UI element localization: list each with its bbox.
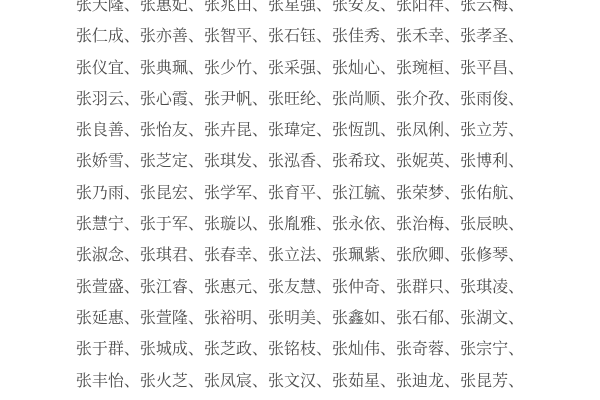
name-separator: 、 [508,0,524,14]
person-name: 张希玟 [332,153,380,170]
name-separator: 、 [444,216,460,233]
person-name: 张石郁 [396,310,444,327]
name-separator: 、 [252,247,268,264]
page: 张天隆、张惠妃、张兆田、张星强、张安友、张阳祥、张云梅、张仁成、张亦善、张智平、… [0,0,600,400]
name-separator: 、 [124,153,140,170]
person-name: 张惠妃 [140,0,188,14]
name-separator: 、 [316,279,332,296]
person-name: 张旺纶 [268,91,316,108]
name-separator: 、 [188,373,204,390]
person-name: 张荣梦 [396,185,444,202]
name-separator: 、 [124,247,140,264]
person-name: 张惠元 [204,279,252,296]
person-name: 张佑航 [460,185,508,202]
name-row: 张仁成、张亦善、张智平、张石钰、张佳秀、张禾幸、张孝圣、 [0,21,600,52]
person-name: 张丰怡 [76,373,124,390]
name-separator: 、 [188,91,204,108]
name-separator: 、 [252,28,268,45]
name-separator: 、 [252,60,268,77]
person-name: 张仁成 [76,28,124,45]
person-name: 张石钰 [268,28,316,45]
person-name: 张恆凯 [332,122,380,139]
name-separator: 、 [316,153,332,170]
person-name: 张娇雪 [76,153,124,170]
person-name: 张雨俊 [460,91,508,108]
person-name: 张典珮 [140,60,188,77]
person-name: 张江睿 [140,279,188,296]
name-separator: 、 [316,28,332,45]
name-separator: 、 [444,341,460,358]
person-name: 张城成 [140,341,188,358]
person-name: 张淑念 [76,247,124,264]
name-separator: 、 [508,310,524,327]
person-name: 张延惠 [76,310,124,327]
name-separator: 、 [124,91,140,108]
person-name: 张怡友 [140,122,188,139]
name-separator: 、 [188,216,204,233]
name-separator: 、 [124,122,140,139]
person-name: 张凤俐 [396,122,444,139]
person-name: 张星强 [268,0,316,14]
name-separator: 、 [508,216,524,233]
name-separator: 、 [316,247,332,264]
person-name: 张江毓 [332,185,380,202]
name-separator: 、 [252,185,268,202]
name-separator: 、 [252,91,268,108]
person-name: 张云梅 [460,0,508,14]
name-separator: 、 [508,247,524,264]
person-name: 张兆田 [204,0,252,14]
person-name: 张茹星 [332,373,380,390]
name-separator: 、 [316,185,332,202]
name-row: 张羽云、张心霞、张尹帆、张旺纶、张尚顺、张介孜、张雨俊、 [0,84,600,115]
person-name: 张介孜 [396,91,444,108]
name-separator: 、 [444,0,460,14]
name-separator: 、 [380,91,396,108]
person-name: 张于军 [140,216,188,233]
person-name: 张灿伟 [332,341,380,358]
person-name: 张灿心 [332,60,380,77]
person-name: 张芝定 [140,153,188,170]
name-row: 张仪宜、张典珮、张少竹、张采强、张灿心、张琬桓、张平昌、 [0,53,600,84]
person-name: 张安友 [332,0,380,14]
name-separator: 、 [252,310,268,327]
name-separator: 、 [508,279,524,296]
name-separator: 、 [380,247,396,264]
name-separator: 、 [380,153,396,170]
person-name: 张禾幸 [396,28,444,45]
name-separator: 、 [188,60,204,77]
name-separator: 、 [188,341,204,358]
person-name: 张奇蓉 [396,341,444,358]
person-name: 张慧宁 [76,216,124,233]
name-row: 张乃雨、张昆宏、张学军、张育平、张江毓、张荣梦、张佑航、 [0,178,600,209]
name-separator: 、 [380,310,396,327]
name-separator: 、 [188,185,204,202]
person-name: 张辰映 [460,216,508,233]
name-row: 张慧宁、张于军、张璇以、张胤雅、张永依、张治梅、张辰映、 [0,209,600,240]
name-separator: 、 [316,373,332,390]
name-separator: 、 [316,60,332,77]
person-name: 张湖文 [460,310,508,327]
name-separator: 、 [380,122,396,139]
name-separator: 、 [380,373,396,390]
name-separator: 、 [252,153,268,170]
person-name: 张尚顺 [332,91,380,108]
person-name: 张乃雨 [76,185,124,202]
name-separator: 、 [444,122,460,139]
name-separator: 、 [508,373,524,390]
name-separator: 、 [188,28,204,45]
name-separator: 、 [444,310,460,327]
person-name: 张凤宸 [204,373,252,390]
name-separator: 、 [444,153,460,170]
name-row: 张淑念、张琪君、张春幸、张立法、张珮紫、张欣卿、张修琴、 [0,240,600,271]
name-separator: 、 [444,373,460,390]
person-name: 张良善 [76,122,124,139]
person-name: 张琪发 [204,153,252,170]
person-name: 张群只 [396,279,444,296]
name-separator: 、 [188,122,204,139]
person-name: 张琬桓 [396,60,444,77]
name-separator: 、 [316,310,332,327]
name-row: 张天隆、张惠妃、张兆田、张星强、张安友、张阳祥、张云梅、 [0,0,600,21]
name-separator: 、 [124,60,140,77]
person-name: 张明美 [268,310,316,327]
name-separator: 、 [316,122,332,139]
person-name: 张羽云 [76,91,124,108]
name-separator: 、 [252,279,268,296]
name-separator: 、 [124,279,140,296]
name-separator: 、 [380,216,396,233]
name-separator: 、 [380,279,396,296]
person-name: 张平昌 [460,60,508,77]
name-separator: 、 [444,247,460,264]
person-name: 张昆宏 [140,185,188,202]
person-name: 张文汉 [268,373,316,390]
name-separator: 、 [444,91,460,108]
person-name: 张孝圣 [460,28,508,45]
person-name: 张昆芳 [460,373,508,390]
name-separator: 、 [444,279,460,296]
name-separator: 、 [316,91,332,108]
person-name: 张宗宁 [460,341,508,358]
person-name: 张育平 [268,185,316,202]
name-separator: 、 [444,28,460,45]
name-row: 张娇雪、张芝定、张琪发、张泓香、张希玟、张妮英、张博利、 [0,146,600,177]
name-separator: 、 [508,122,524,139]
person-name: 张采强 [268,60,316,77]
name-separator: 、 [508,185,524,202]
person-name: 张心霞 [140,91,188,108]
person-name: 张天隆 [76,0,124,14]
name-separator: 、 [380,185,396,202]
person-name: 张学军 [204,185,252,202]
name-separator: 、 [380,28,396,45]
person-name: 张琪君 [140,247,188,264]
person-name: 张永依 [332,216,380,233]
name-separator: 、 [380,341,396,358]
person-name: 张鑫如 [332,310,380,327]
name-separator: 、 [124,373,140,390]
person-name: 张芝政 [204,341,252,358]
name-separator: 、 [252,341,268,358]
name-separator: 、 [188,279,204,296]
person-name: 张琪凌 [460,279,508,296]
name-separator: 、 [508,28,524,45]
person-name: 张迪龙 [396,373,444,390]
person-name: 张立法 [268,247,316,264]
name-row: 张延惠、张萱隆、张裕明、张明美、张鑫如、张石郁、张湖文、 [0,303,600,334]
name-separator: 、 [508,153,524,170]
person-name: 张裕明 [204,310,252,327]
name-separator: 、 [124,185,140,202]
name-separator: 、 [252,216,268,233]
person-name: 张胤雅 [268,216,316,233]
name-separator: 、 [124,216,140,233]
name-separator: 、 [380,0,396,14]
name-row: 张萱盛、张江睿、张惠元、张友慧、张仲奇、张群只、张琪凌、 [0,272,600,303]
name-separator: 、 [316,341,332,358]
name-separator: 、 [188,0,204,14]
person-name: 张卉昆 [204,122,252,139]
person-name: 张阳祥 [396,0,444,14]
name-separator: 、 [508,60,524,77]
name-separator: 、 [316,0,332,14]
name-separator: 、 [444,60,460,77]
name-separator: 、 [508,91,524,108]
name-separator: 、 [188,310,204,327]
person-name: 张瑋定 [268,122,316,139]
name-separator: 、 [508,341,524,358]
person-name: 张仲奇 [332,279,380,296]
person-name: 张于群 [76,341,124,358]
person-name: 张尹帆 [204,91,252,108]
name-separator: 、 [252,373,268,390]
person-name: 张欣卿 [396,247,444,264]
person-name: 张修琴 [460,247,508,264]
person-name: 张仪宜 [76,60,124,77]
person-name: 张萱盛 [76,279,124,296]
person-name: 张亦善 [140,28,188,45]
name-row: 张丰怡、张火芝、张凤宸、张文汉、张茹星、张迪龙、张昆芳、 [0,366,600,397]
name-separator: 、 [252,122,268,139]
person-name: 张泓香 [268,153,316,170]
name-separator: 、 [188,247,204,264]
person-name: 张治梅 [396,216,444,233]
person-name: 张璇以 [204,216,252,233]
person-name: 张立芳 [460,122,508,139]
person-name: 张智平 [204,28,252,45]
name-separator: 、 [188,153,204,170]
name-row: 张于群、张城成、张芝政、张铭枝、张灿伟、张奇蓉、张宗宁、 [0,334,600,365]
person-name: 张友慧 [268,279,316,296]
person-name: 张火芝 [140,373,188,390]
name-separator: 、 [124,0,140,14]
name-row: 张良善、张怡友、张卉昆、张瑋定、张恆凯、张凤俐、张立芳、 [0,115,600,146]
person-name: 张佳秀 [332,28,380,45]
name-separator: 、 [124,28,140,45]
name-separator: 、 [444,185,460,202]
name-separator: 、 [380,60,396,77]
person-name: 张春幸 [204,247,252,264]
name-separator: 、 [124,341,140,358]
person-name: 张萱隆 [140,310,188,327]
name-separator: 、 [316,216,332,233]
person-name: 张珮紫 [332,247,380,264]
name-separator: 、 [252,0,268,14]
person-name: 张妮英 [396,153,444,170]
person-name: 张博利 [460,153,508,170]
name-list: 张天隆、张惠妃、张兆田、张星强、张安友、张阳祥、张云梅、张仁成、张亦善、张智平、… [0,0,600,397]
name-separator: 、 [124,310,140,327]
person-name: 张铭枝 [268,341,316,358]
person-name: 张少竹 [204,60,252,77]
